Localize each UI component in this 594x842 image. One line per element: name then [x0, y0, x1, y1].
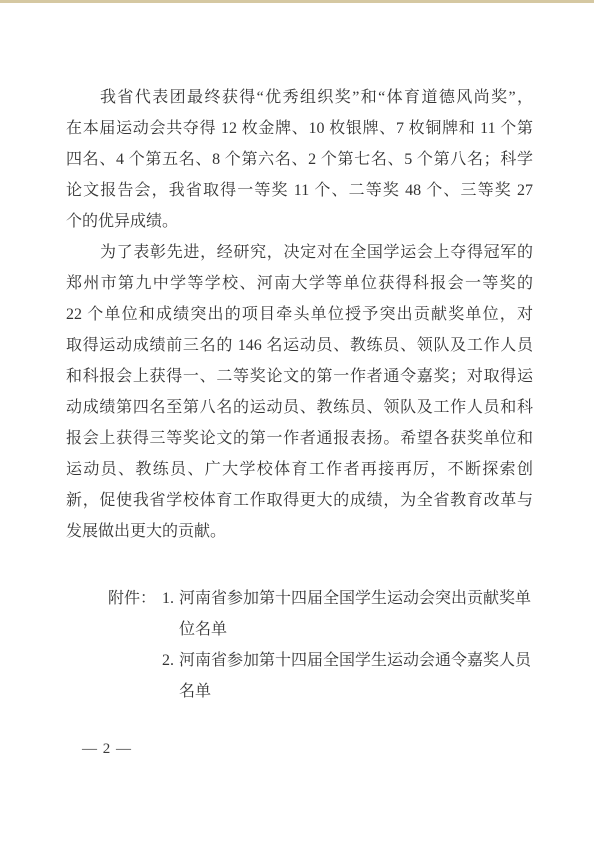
scan-top-edge	[0, 0, 594, 3]
attachment-item-text: 河南省参加第十四届全国学生运动会通令嘉奖人员	[179, 652, 531, 669]
text-line: 郑州市第九中学等学校、河南大学等单位获得科报会一等奖的	[66, 268, 533, 299]
text-line: 22 个单位和成绩突出的项目牵头单位授予突出贡献奖单位，对	[66, 299, 533, 330]
attachment-item: 1.河南省参加第十四届全国学生运动会突出贡献奖单 位名单	[162, 583, 533, 645]
attachment-item-number: 2.	[162, 645, 179, 676]
paragraph-commendation: 为了表彰先进，经研究，决定对在全国学运会上夺得冠军的 郑州市第九中学等学校、河南…	[66, 237, 533, 547]
body-text: 我省代表团最终获得“优秀组织奖”和“体育道德风尚奖”， 在本届运动会共夺得 12…	[66, 82, 533, 707]
attachment-item: 2.河南省参加第十四届全国学生运动会通令嘉奖人员 名单	[162, 645, 533, 707]
text-line: 个的优异成绩。	[66, 206, 533, 237]
attachment-item-number: 1.	[162, 583, 179, 614]
text-line: 在本届运动会共夺得 12 枚金牌、10 枚银牌、7 枚铜牌和 11 个第	[66, 113, 533, 144]
text-line: 为了表彰先进，经研究，决定对在全国学运会上夺得冠军的	[66, 237, 533, 268]
attachment-item-text-continued: 位名单	[162, 614, 533, 645]
attachment-item-text-continued: 名单	[162, 676, 533, 707]
text-line: 四名、4 个第五名、8 个第六名、2 个第七名、5 个第八名；科学	[66, 144, 533, 175]
attachment-item-line: 2.河南省参加第十四届全国学生运动会通令嘉奖人员	[162, 645, 533, 676]
text-line: 运动员、教练员、广大学校体育工作者再接再厉，不断探索创	[66, 454, 533, 485]
document-page: 我省代表团最终获得“优秀组织奖”和“体育道德风尚奖”， 在本届运动会共夺得 12…	[0, 0, 594, 842]
attachment-list: 1.河南省参加第十四届全国学生运动会突出贡献奖单 位名单 2.河南省参加第十四届…	[162, 583, 533, 707]
text-line: 取得运动成绩前三名的 146 名运动员、教练员、领队及工作人员	[66, 330, 533, 361]
text-line: 论文报告会，我省取得一等奖 11 个、二等奖 48 个、三等奖 27	[66, 175, 533, 206]
paragraph-awards: 我省代表团最终获得“优秀组织奖”和“体育道德风尚奖”， 在本届运动会共夺得 12…	[66, 82, 533, 237]
page-number: — 2 —	[82, 741, 132, 758]
text-line: 新，促使我省学校体育工作取得更大的成绩，为全省教育改革与	[66, 485, 533, 516]
text-line: 和科报会上获得一、二等奖论文的第一作者通令嘉奖；对取得运	[66, 361, 533, 392]
attachment-label: 附件：	[108, 583, 162, 707]
attachment-item-line: 1.河南省参加第十四届全国学生运动会突出贡献奖单	[162, 583, 533, 614]
text-line: 发展做出更大的贡献。	[66, 516, 533, 547]
attachment-section: 附件： 1.河南省参加第十四届全国学生运动会突出贡献奖单 位名单 2.河南省参加…	[108, 583, 533, 707]
attachment-item-text: 河南省参加第十四届全国学生运动会突出贡献奖单	[179, 590, 531, 607]
text-line: 报会上获得三等奖论文的第一作者通报表扬。希望各获奖单位和	[66, 423, 533, 454]
text-line: 我省代表团最终获得“优秀组织奖”和“体育道德风尚奖”，	[66, 82, 533, 113]
text-line: 动成绩第四名至第八名的运动员、教练员、领队及工作人员和科	[66, 392, 533, 423]
